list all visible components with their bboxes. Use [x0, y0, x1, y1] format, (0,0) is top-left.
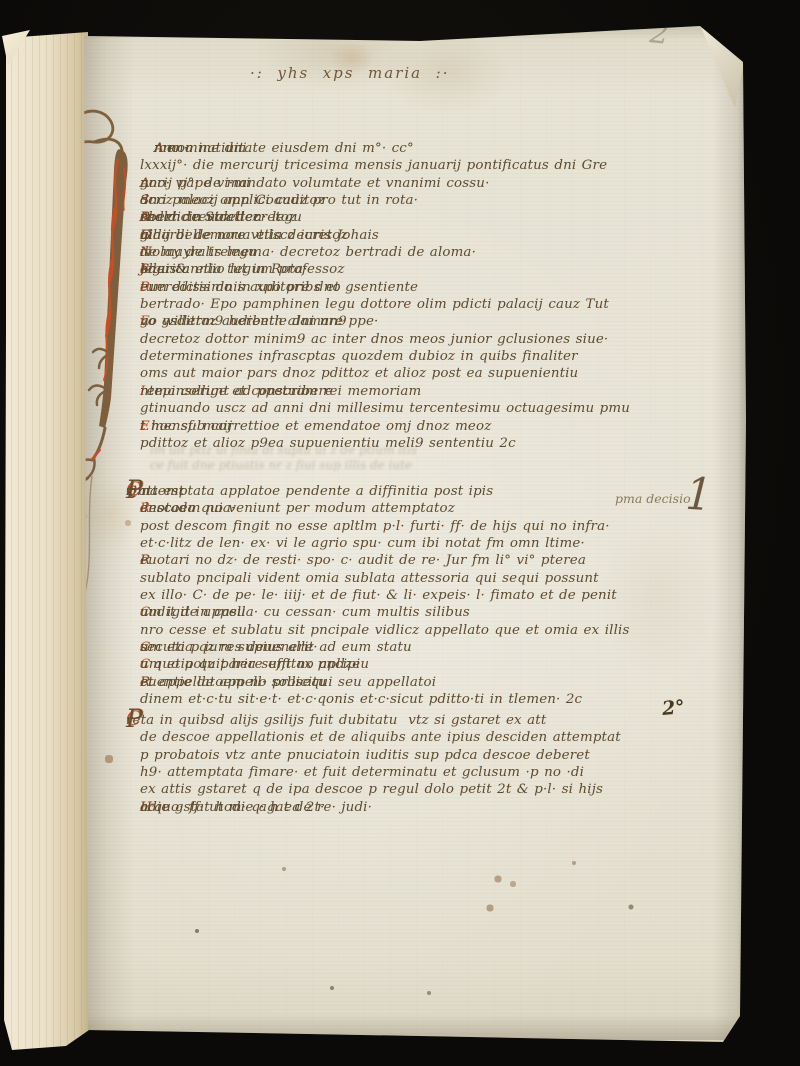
margin-numeral-2: 2°	[661, 696, 686, 720]
page-edge-corner	[0, 28, 34, 70]
manuscript-line: CPreta in quibsd alijs gsilijs fuit dubi…	[126, 712, 140, 729]
manuscript-line: determinationes infrascptas quozdem dubi…	[140, 348, 154, 365]
manuscript-line: Et mensf· maij Et hoc sub correttioe et …	[140, 418, 154, 435]
manuscript-line: gtinuando uscz ad anni dni millesimu ter…	[140, 400, 154, 417]
manuscript-line: pdittoz et alioz p9ea supuenientiu meli9…	[140, 435, 154, 452]
manuscript-line: de mayralis legu Nicolay de tremema· dec…	[140, 244, 154, 261]
gutter-shadow	[84, 30, 134, 1034]
margin-note-prima-decisio: pma decisio ·	[615, 491, 699, 506]
manuscript-line: dnoz meoz omn Coauditoz Sacri palacij ap…	[140, 192, 154, 209]
folded-corner	[698, 24, 748, 110]
stain	[382, 30, 512, 114]
manuscript-line: gorij pape vi·mi Anno· vj°· de mandato v…	[140, 175, 154, 192]
manuscript-line: tum dictis dnis auditoribs et gsentiente…	[140, 279, 154, 296]
stain	[330, 42, 374, 74]
page-edge-shadow-right	[712, 22, 746, 1044]
folio-number: 2	[648, 15, 671, 52]
manuscript-line: CPrima est Qz attemptata applatoe penden…	[126, 483, 140, 500]
incipit-paragraph: n nomine dni Amen· Anno a natiuitate eiu…	[140, 140, 154, 452]
manuscript-leaf: 2 ·: yhs xps maria :· n nomine dni Amen·	[0, 0, 800, 1066]
manuscript-line: lxxxij°· die mercurij tricesima mensis j…	[140, 157, 154, 174]
stain	[160, 618, 256, 682]
ink-specks	[0, 0, 2, 2]
book-page-edges	[4, 28, 92, 1050]
manuscript-line: sedenciu videlicz Robert de Stratten· le…	[140, 209, 154, 226]
manuscript-line: legu & Johais annlio legum professoz Sed…	[140, 261, 154, 278]
manuscript-line: vo gsdittaz audientie dni nre ppe· Ego w…	[140, 313, 154, 330]
header-invocation: ·: yhs xps maria :·	[250, 64, 449, 82]
manuscript-line: bertrado· Epo pamphinen legu dottore oli…	[140, 296, 154, 313]
manuscript-line: remanserunt ad ppetuam rei memoriam Inte…	[140, 383, 154, 400]
page-edge-shadow-bottom	[86, 1014, 742, 1040]
stain	[598, 520, 718, 680]
margin-numeral-1: 1	[684, 468, 713, 521]
manuscript-line: oms aut maior pars dnoz pdittoz et alioz…	[140, 365, 154, 382]
stain	[78, 478, 140, 552]
manuscript-line: decretoz dottor minim9 ac inter dnos meo…	[140, 331, 154, 348]
manuscript-line: Galhardi de noua etia decretoz Egidij be…	[140, 227, 154, 244]
page-edge-shadow-top	[84, 24, 744, 40]
illuminated-initial-icon	[58, 98, 144, 698]
photo-background: 2 ·: yhs xps maria :· n nomine dni Amen·	[0, 0, 800, 1066]
stain	[250, 16, 420, 90]
